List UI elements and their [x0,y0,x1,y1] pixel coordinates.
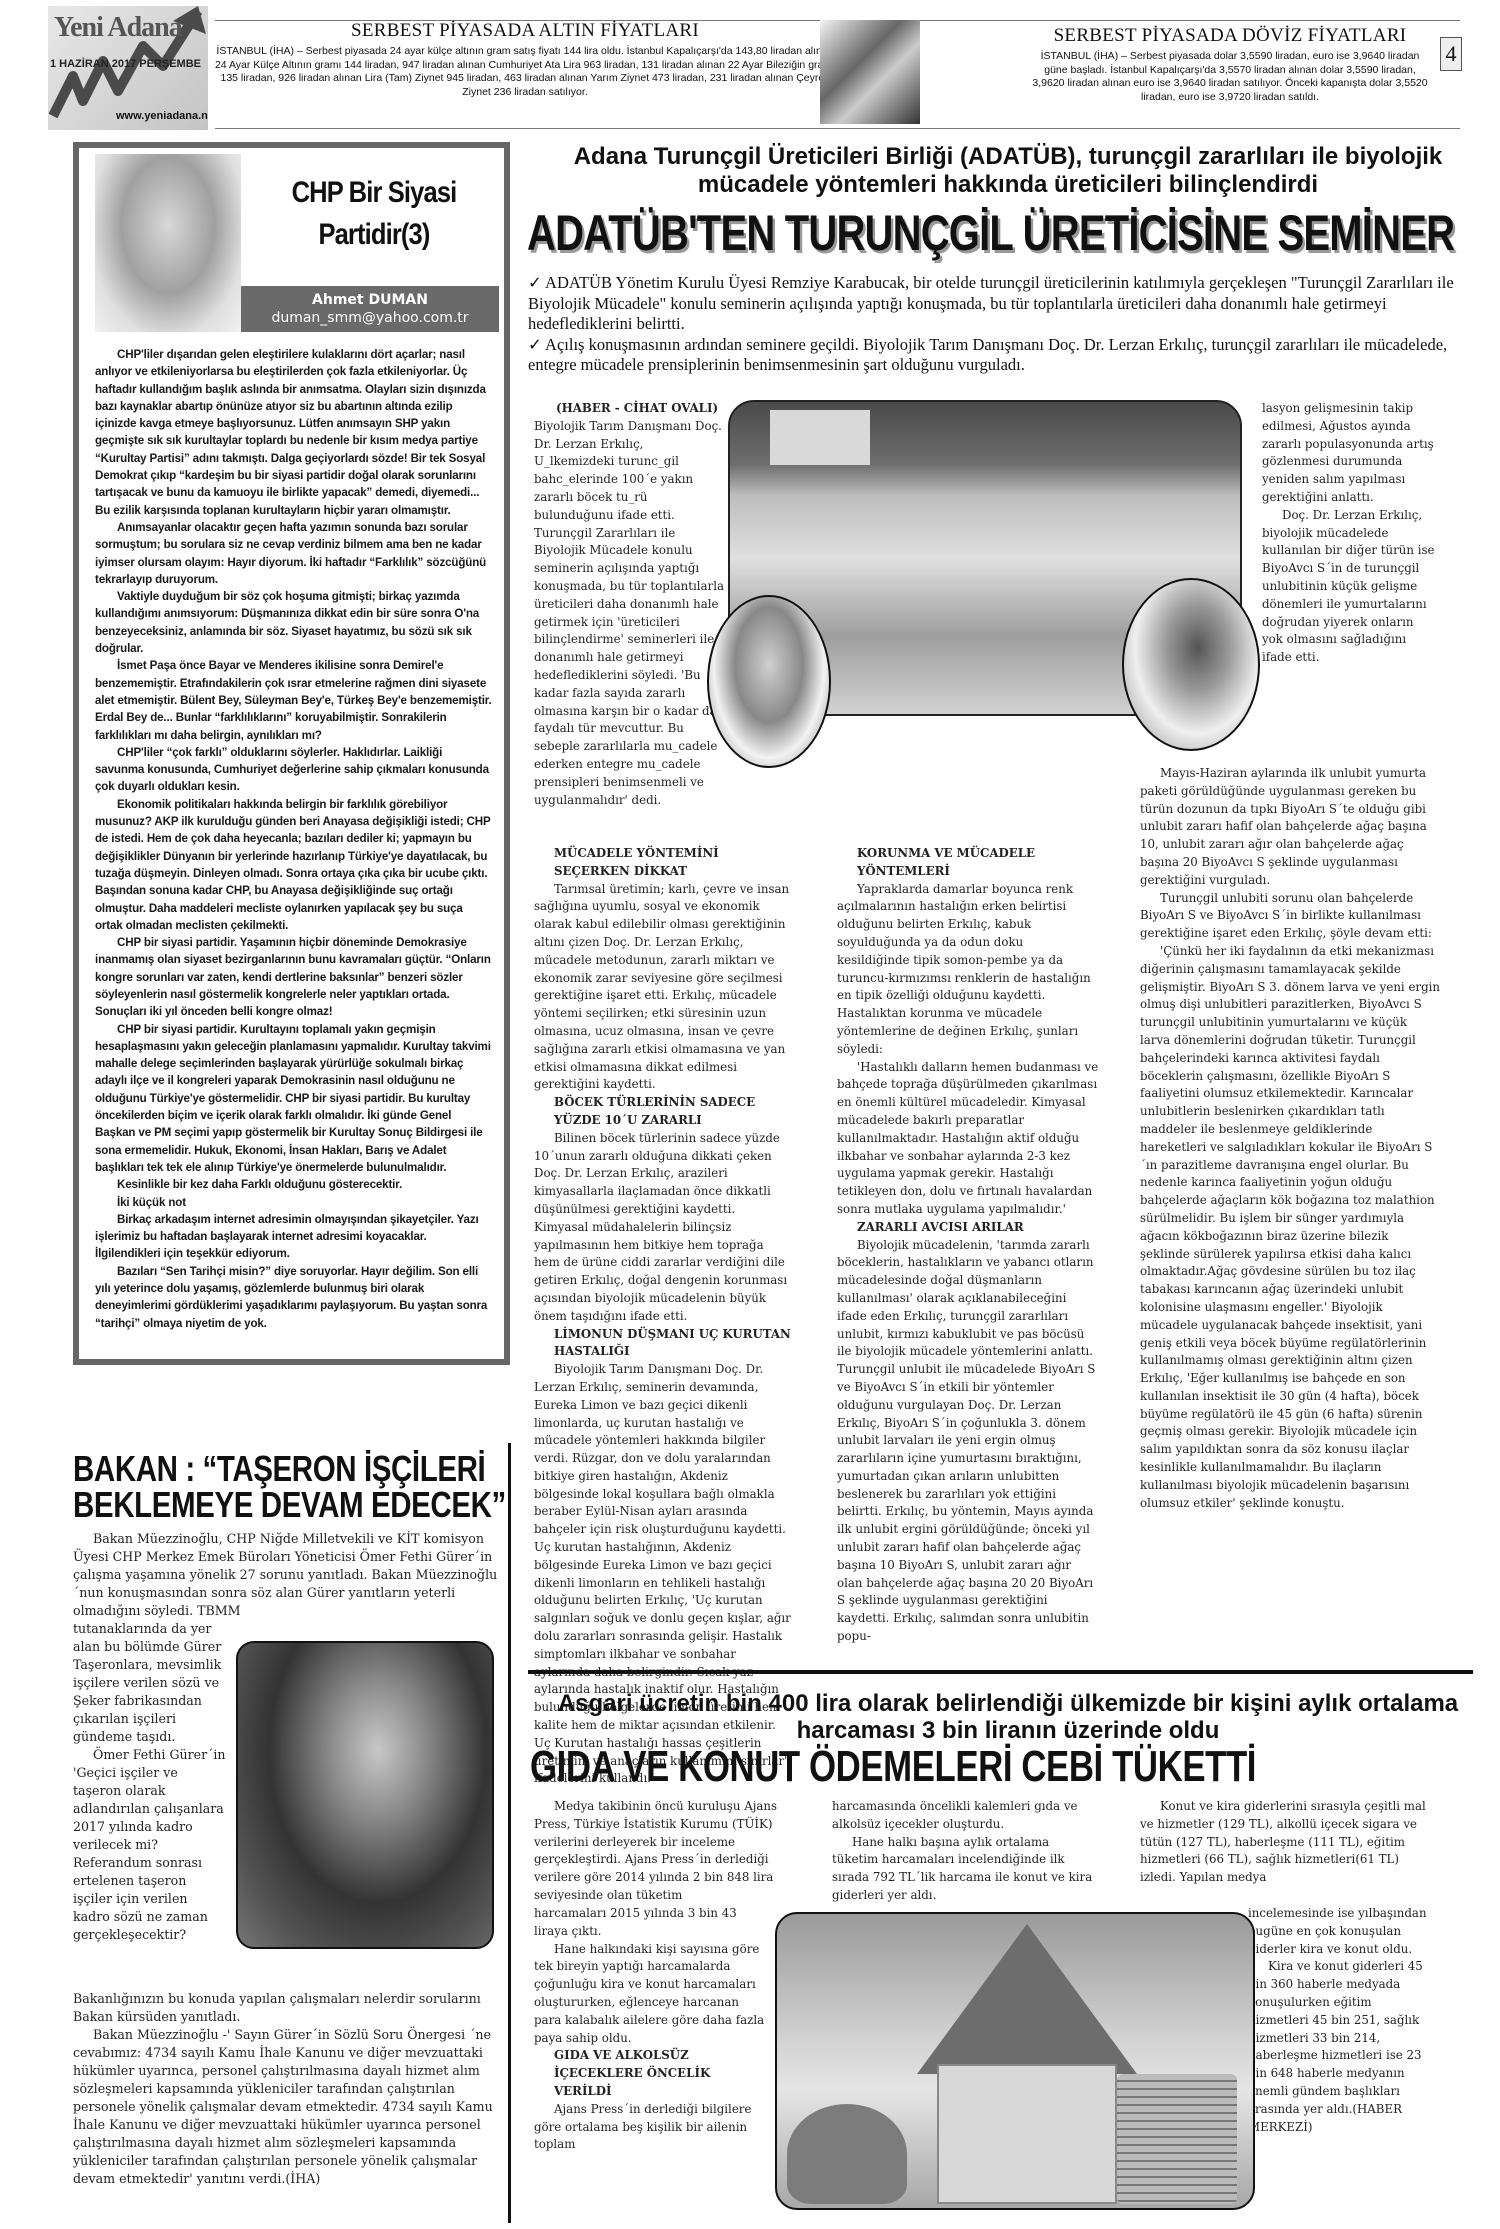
header-rule-bottom [215,128,1460,129]
adatub-col3-top: lasyon gelişmesinin takip edilmesi, Ağus… [1262,400,1437,667]
column-divider [508,1443,511,2223]
gida-col1-lower: harcamaları 2015 yılında 3 bin 43 liraya… [534,1905,769,2154]
subheading: GIDA VE ALKOLSÜZ İÇECEKLERE ÖNCELİK VERİ… [534,2047,769,2100]
column-paragraph: Vaktiyle duyduğum bir söz çok hoşuma git… [95,588,493,657]
gold-prices: SERBEST PİYASADA ALTIN FİYATLARI İSTANBU… [210,20,840,99]
column-paragraph: Bazıları “Sen Tarihçi misin?” diye soruy… [95,1263,493,1332]
author-band: Ahmet DUMAN duman_smm@yahoo.com.tr [241,286,499,332]
column-paragraph: Anımsayanlar olacaktır geçen hafta yazım… [95,519,493,588]
fx-prices-title: SERBEST PİYASADA DÖVİZ FİYATLARI [1030,25,1430,47]
projector-screen [770,410,870,465]
bakan-headline: BAKAN : “TAŞERON İŞÇİLERİ BEKLEMEYE DEVA… [73,1451,513,1523]
author-name: Ahmet DUMAN [241,291,499,309]
speaker-photo [707,595,831,768]
adatub-col1-lower: MÜCADELE YÖNTEMİNİ SEÇERKEN DİKKAT Tarım… [534,845,792,1788]
bakan-side-text: tutanaklarında da yer alan bu bölümde Gü… [73,1620,228,1944]
column-paragraph: Ekonomik politikaları hakkında belirgin … [95,796,493,934]
section-divider [528,1670,1473,1674]
adatub-deck: Adana Turunçgil Üreticileri Birliği (ADA… [528,143,1488,199]
gida-col1: Medya takibinin öncü kuruluşu Ajans Pres… [534,1798,792,1905]
adatub-col1: (HABER - CİHAT OVALI) Biyolojik Tarım Da… [534,400,724,809]
lead-bullet: ✓ ADATÜB Yönetim Kurulu Üyesi Remziye Ka… [528,273,1488,335]
column-paragraph: CHP'liler “çok farklı” olduklarını söyle… [95,744,493,796]
author-email[interactable]: duman_smm@yahoo.com.tr [241,309,499,327]
masthead: Yeni Adana 1 HAZİRAN 2017 PERŞEMBE www.y… [48,6,208,130]
subheading: LİMONUN DÜŞMANI UÇ KURUTAN HASTALIĞI [534,1326,792,1362]
issue-date: 1 HAZİRAN 2017 PERŞEMBE [50,58,201,70]
column-title: CHP Bir Siyasi Partidir(3) [268,172,481,256]
adatub-col3: Mayıs-Haziran aylarında ilk unlubit yumu… [1140,765,1440,1512]
gold-prices-text: İSTANBUL (İHA) – Serbest piyasada 24 aya… [210,45,840,99]
subheading: ZARARLI AVCISI ARILAR [837,1219,1099,1237]
logo: Yeni Adana [54,12,182,44]
byline: (HABER - CİHAT OVALI) [556,401,718,415]
adatub-headline: ADATÜB'TEN TURUNÇGİL ÜRETİCİSİNE SEMİNER [527,208,1487,258]
subheading: BÖCEK TÜRLERİNİN SADECE YÜZDE 10´U ZARAR… [534,1094,792,1130]
subheading: MÜCADELE YÖNTEMİNİ SEÇERKEN DİKKAT [534,845,792,881]
bakan-body: Bakanlığınızın bu konuda yapılan çalışma… [73,1990,498,2188]
column-paragraph: CHP bir siyasi partidir. Yaşamının hiçbi… [95,934,493,1020]
adatub-col2: KORUNMA VE MÜCADELE YÖNTEMLERİ Yapraklar… [837,845,1099,1646]
money-sack [787,2104,907,2204]
house-wall [937,2064,1117,2204]
mp-photo [236,1641,494,1949]
gida-col2: harcamasında öncelikli kalemleri gıda ve… [832,1798,1094,1905]
column-paragraph: Kesinlikle bir kez daha Farklı olduğunu … [95,1176,493,1193]
gida-headline: GIDA VE KONUT ÖDEMELERİ CEBİ TÜKETTİ [530,1745,1490,1789]
house-coins-photo [775,1912,1255,2210]
column-paragraph: CHP bir siyasi partidir. Kurultayını top… [95,1021,493,1177]
column-paragraph: Birkaç arkadaşım internet adresimin olma… [95,1211,493,1263]
page-number: 4 [1440,37,1462,71]
fx-prices-text: İSTANBUL (İHA) – Serbest piyasada dolar … [1030,50,1430,104]
column-body: CHP'liler dışarıdan gelen eleştirilere k… [95,346,493,1332]
column-paragraph: İsmet Paşa önce Bayar ve Menderes ikilis… [95,657,493,743]
money-image [820,20,920,124]
house-roof [917,1924,1137,2074]
gida-col3: Konut ve kira giderlerini sırasıyla çeşi… [1140,1798,1430,1887]
fx-prices: SERBEST PİYASADA DÖVİZ FİYATLARI İSTANBU… [1030,25,1430,104]
lead-bullet: ✓ Açılış konuşmasının ardından seminere … [528,335,1488,376]
opinion-column: CHP Bir Siyasi Partidir(3) Ahmet DUMAN d… [73,142,510,1365]
coin-stacks [1117,2074,1237,2204]
speaker2-photo [1122,578,1260,751]
column-paragraph: CHP'liler dışarıdan gelen eleştirilere k… [95,346,493,519]
adatub-lead: ✓ ADATÜB Yönetim Kurulu Üyesi Remziye Ka… [528,273,1488,376]
gida-col3-lower: incelemesinde ise yılbaşından bugüne en … [1248,1905,1428,2136]
author-photo [95,154,241,332]
bakan-intro: Bakan Müezzinoğlu, CHP Niğde Milletvekil… [73,1530,498,1620]
gida-deck: Asgari ücretin bin 400 lira olarak belir… [528,1690,1488,1744]
gold-prices-title: SERBEST PİYASADA ALTIN FİYATLARI [210,20,840,42]
site-link[interactable]: www.yeniadana.net [116,110,208,122]
column-paragraph: İki küçük not [95,1194,493,1211]
subheading: KORUNMA VE MÜCADELE YÖNTEMLERİ [837,845,1099,881]
